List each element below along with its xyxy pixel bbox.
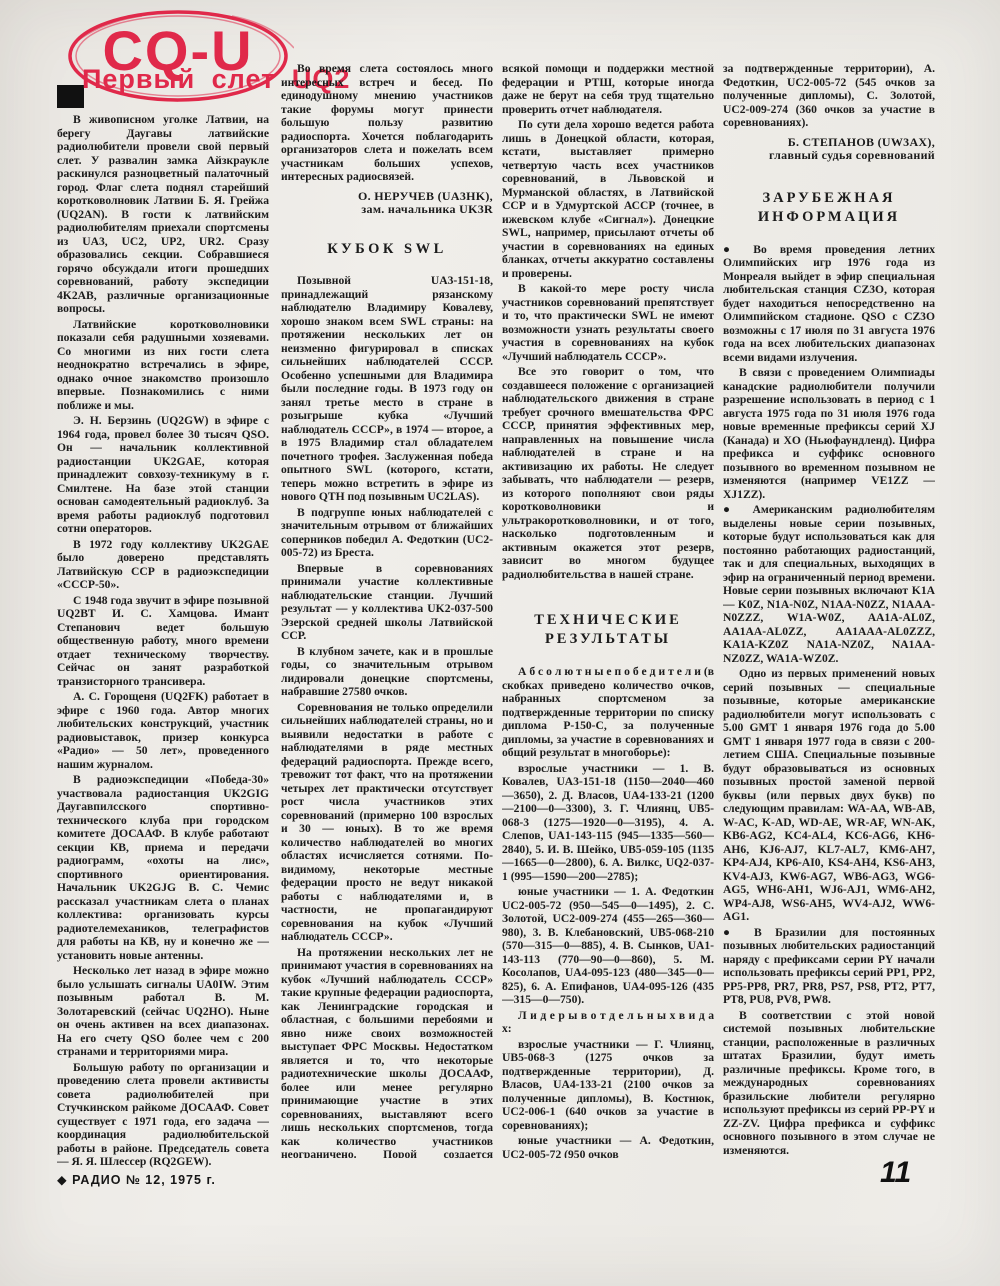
paragraph: ● Американским радиолюбителям выделены н… [723, 503, 935, 665]
section-heading-kubok-swl: КУБОК SWL [281, 243, 493, 257]
heading-line: ИНФОРМАЦИЯ [723, 208, 935, 227]
section-heading-tech-results: ТЕХНИЧЕСКИЕ РЕЗУЛЬТАТЫ [502, 611, 714, 649]
paragraph: Соревнования не только определили сильне… [281, 701, 493, 944]
paragraph: Впервые в соревнованиях принимали участи… [281, 562, 493, 643]
byline: Б. СТЕПАНОВ (UW3AX), главный судья сорев… [723, 136, 935, 163]
byline: О. НЕРУЧЕВ (UA3HK), зам. начальника UK3R [281, 190, 493, 217]
paragraph: всякой помощи и поддержки местной федера… [502, 62, 714, 116]
paragraph: В какой-то мере росту числа участников с… [502, 282, 714, 363]
footer-journal-label: ◆ РАДИО № 12, 1975 г. [57, 1172, 216, 1187]
paragraph: С 1948 года звучит в эфире позывной UQ2B… [57, 594, 269, 689]
section-heading-foreign-info: ЗАРУБЕЖНАЯ ИНФОРМАЦИЯ [723, 189, 935, 227]
magazine-page: CQ-U Первый слет UQ2 В живописном уголке… [0, 0, 1000, 1286]
paragraph: В подгруппе юных наблюдателей с значител… [281, 506, 493, 560]
paragraph: По сути дела хорошо ведется работа лишь … [502, 118, 714, 280]
paragraph: На протяжении нескольких лет не принимаю… [281, 946, 493, 1159]
column-2: Во время слета состоялось много интересн… [281, 62, 493, 1158]
ink-block-marker [57, 85, 84, 108]
byline-role: зам. начальника UK3R [281, 203, 493, 217]
paragraph: взрослые участники — Г. Члиянц, UB5-068-… [502, 1038, 714, 1133]
paragraph: Одно из первых применений новых серий по… [723, 667, 935, 924]
paragraph: юные участники — 1. А. Федоткин UC2-005-… [502, 885, 714, 1007]
byline-role: главный судья соревнований [723, 149, 935, 163]
paragraph: В соответствии с этой новой системой поз… [723, 1009, 935, 1158]
paragraph: ● Во время проведения летних Олимпийских… [723, 243, 935, 365]
paragraph: В связи с проведением Олимпиады канадски… [723, 366, 935, 501]
paragraph: ● В Бразилии для постоянных позывных люб… [723, 926, 935, 1007]
heading-line: РЕЗУЛЬТАТЫ [502, 630, 714, 649]
paragraph: Э. Н. Берзинь (UQ2GW) в эфире с 1964 год… [57, 414, 269, 536]
paragraph: Большую работу по организации и проведен… [57, 1061, 269, 1169]
paragraph: Позывной UA3-151-18, принадлежащий рязан… [281, 274, 493, 504]
page-number: 11 [880, 1156, 911, 1190]
column-4: за подтвержденные территории), А. Федотк… [723, 62, 935, 1158]
paragraph: Латвийские коротковолновики показали себ… [57, 318, 269, 413]
paragraph: Несколько лет назад в эфире можно было у… [57, 964, 269, 1059]
paragraph: В 1972 году коллективу UK2GAE было довер… [57, 538, 269, 592]
paragraph: В радиоэкспедиции «Победа-30» участвовал… [57, 773, 269, 962]
paragraph: за подтвержденные территории), А. Федотк… [723, 62, 935, 130]
byline-name: Б. СТЕПАНОВ (UW3AX), [723, 136, 935, 150]
column-3: всякой помощи и поддержки местной федера… [502, 62, 714, 1158]
paragraph: А. С. Горощеня (UQ2FK) работает в эфире … [57, 690, 269, 771]
paragraph: А б с о л ю т н ы е п о б е д и т е л и … [502, 665, 714, 760]
paragraph: В клубном зачете, как и в прошлые годы, … [281, 645, 493, 699]
paragraph: Во время слета состоялось много интересн… [281, 62, 493, 184]
paragraph: Л и д е р ы в о т д е л ь н ы х в и д а … [502, 1009, 714, 1036]
paragraph: взрослые участники — 1. В. Ковалев, UA3-… [502, 762, 714, 884]
paragraph: Все это говорит о том, что создавшееся п… [502, 365, 714, 581]
byline-name: О. НЕРУЧЕВ (UA3HK), [281, 190, 493, 204]
heading-line: ТЕХНИЧЕСКИЕ [502, 611, 714, 630]
paragraph: юные участники — А. Федоткин, UC2-005-72… [502, 1134, 714, 1158]
heading-line: ЗАРУБЕЖНАЯ [723, 189, 935, 208]
paragraph: В живописном уголке Латвии, на берегу Да… [57, 113, 269, 316]
column-1: В живописном уголке Латвии, на берегу Да… [57, 113, 269, 1169]
